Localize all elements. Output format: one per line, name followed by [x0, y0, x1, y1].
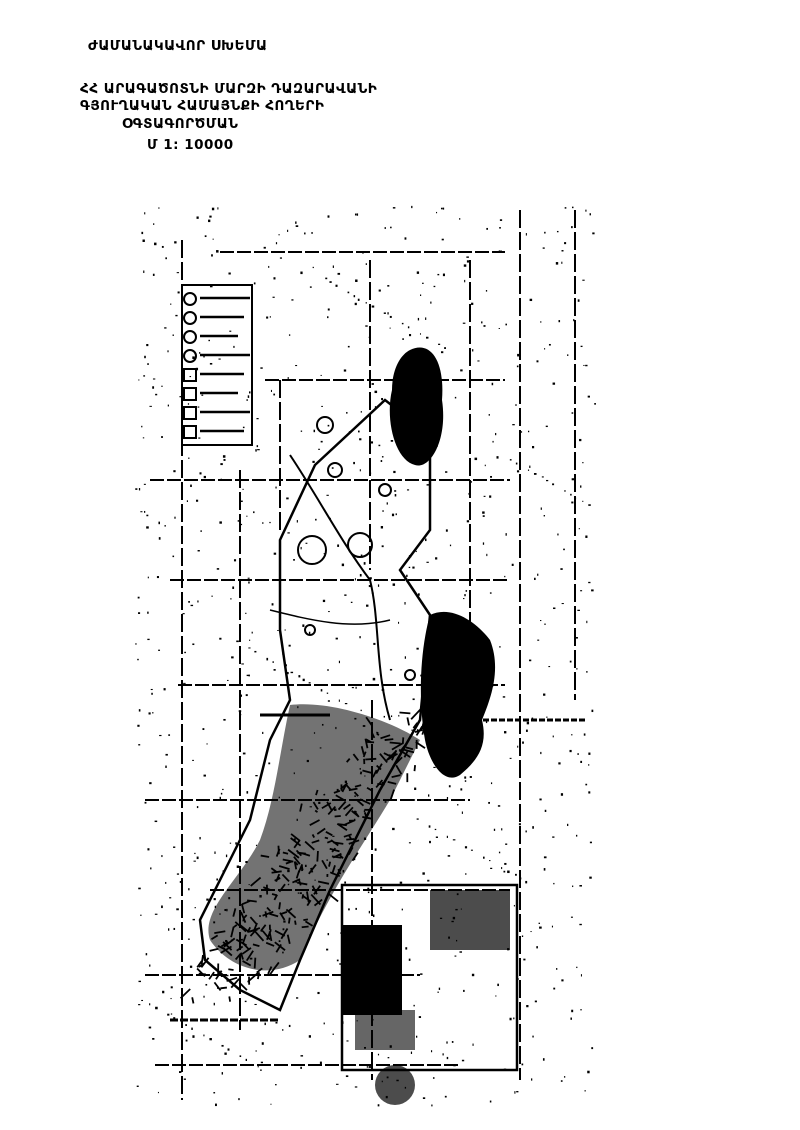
map-title-line-1: ՀՀ ԱՐԱԳԱԾՈՏՆԻ ՄԱՐԶԻ ԴԱԶԱՐԱՎԱՆԻ: [80, 81, 377, 97]
map-title-line-3: ՕԳՏԱԳՈՐԾՄԱՆ: [122, 116, 238, 132]
map-features: [170, 347, 585, 1105]
map-heading: ԺԱՄԱՆԱԿԱՎՈՐ ՍԽԵՄԱ: [88, 38, 267, 54]
map-title-line-2: ԳՅՈՒՂԱԿԱՆ ՀԱՄԱՅՆՔԻ ՀՈՂԵՐԻ: [80, 98, 324, 114]
land-use-map: [130, 200, 600, 1120]
map-legend: [182, 285, 252, 445]
map-scale: Մ 1: 10000: [147, 137, 234, 153]
